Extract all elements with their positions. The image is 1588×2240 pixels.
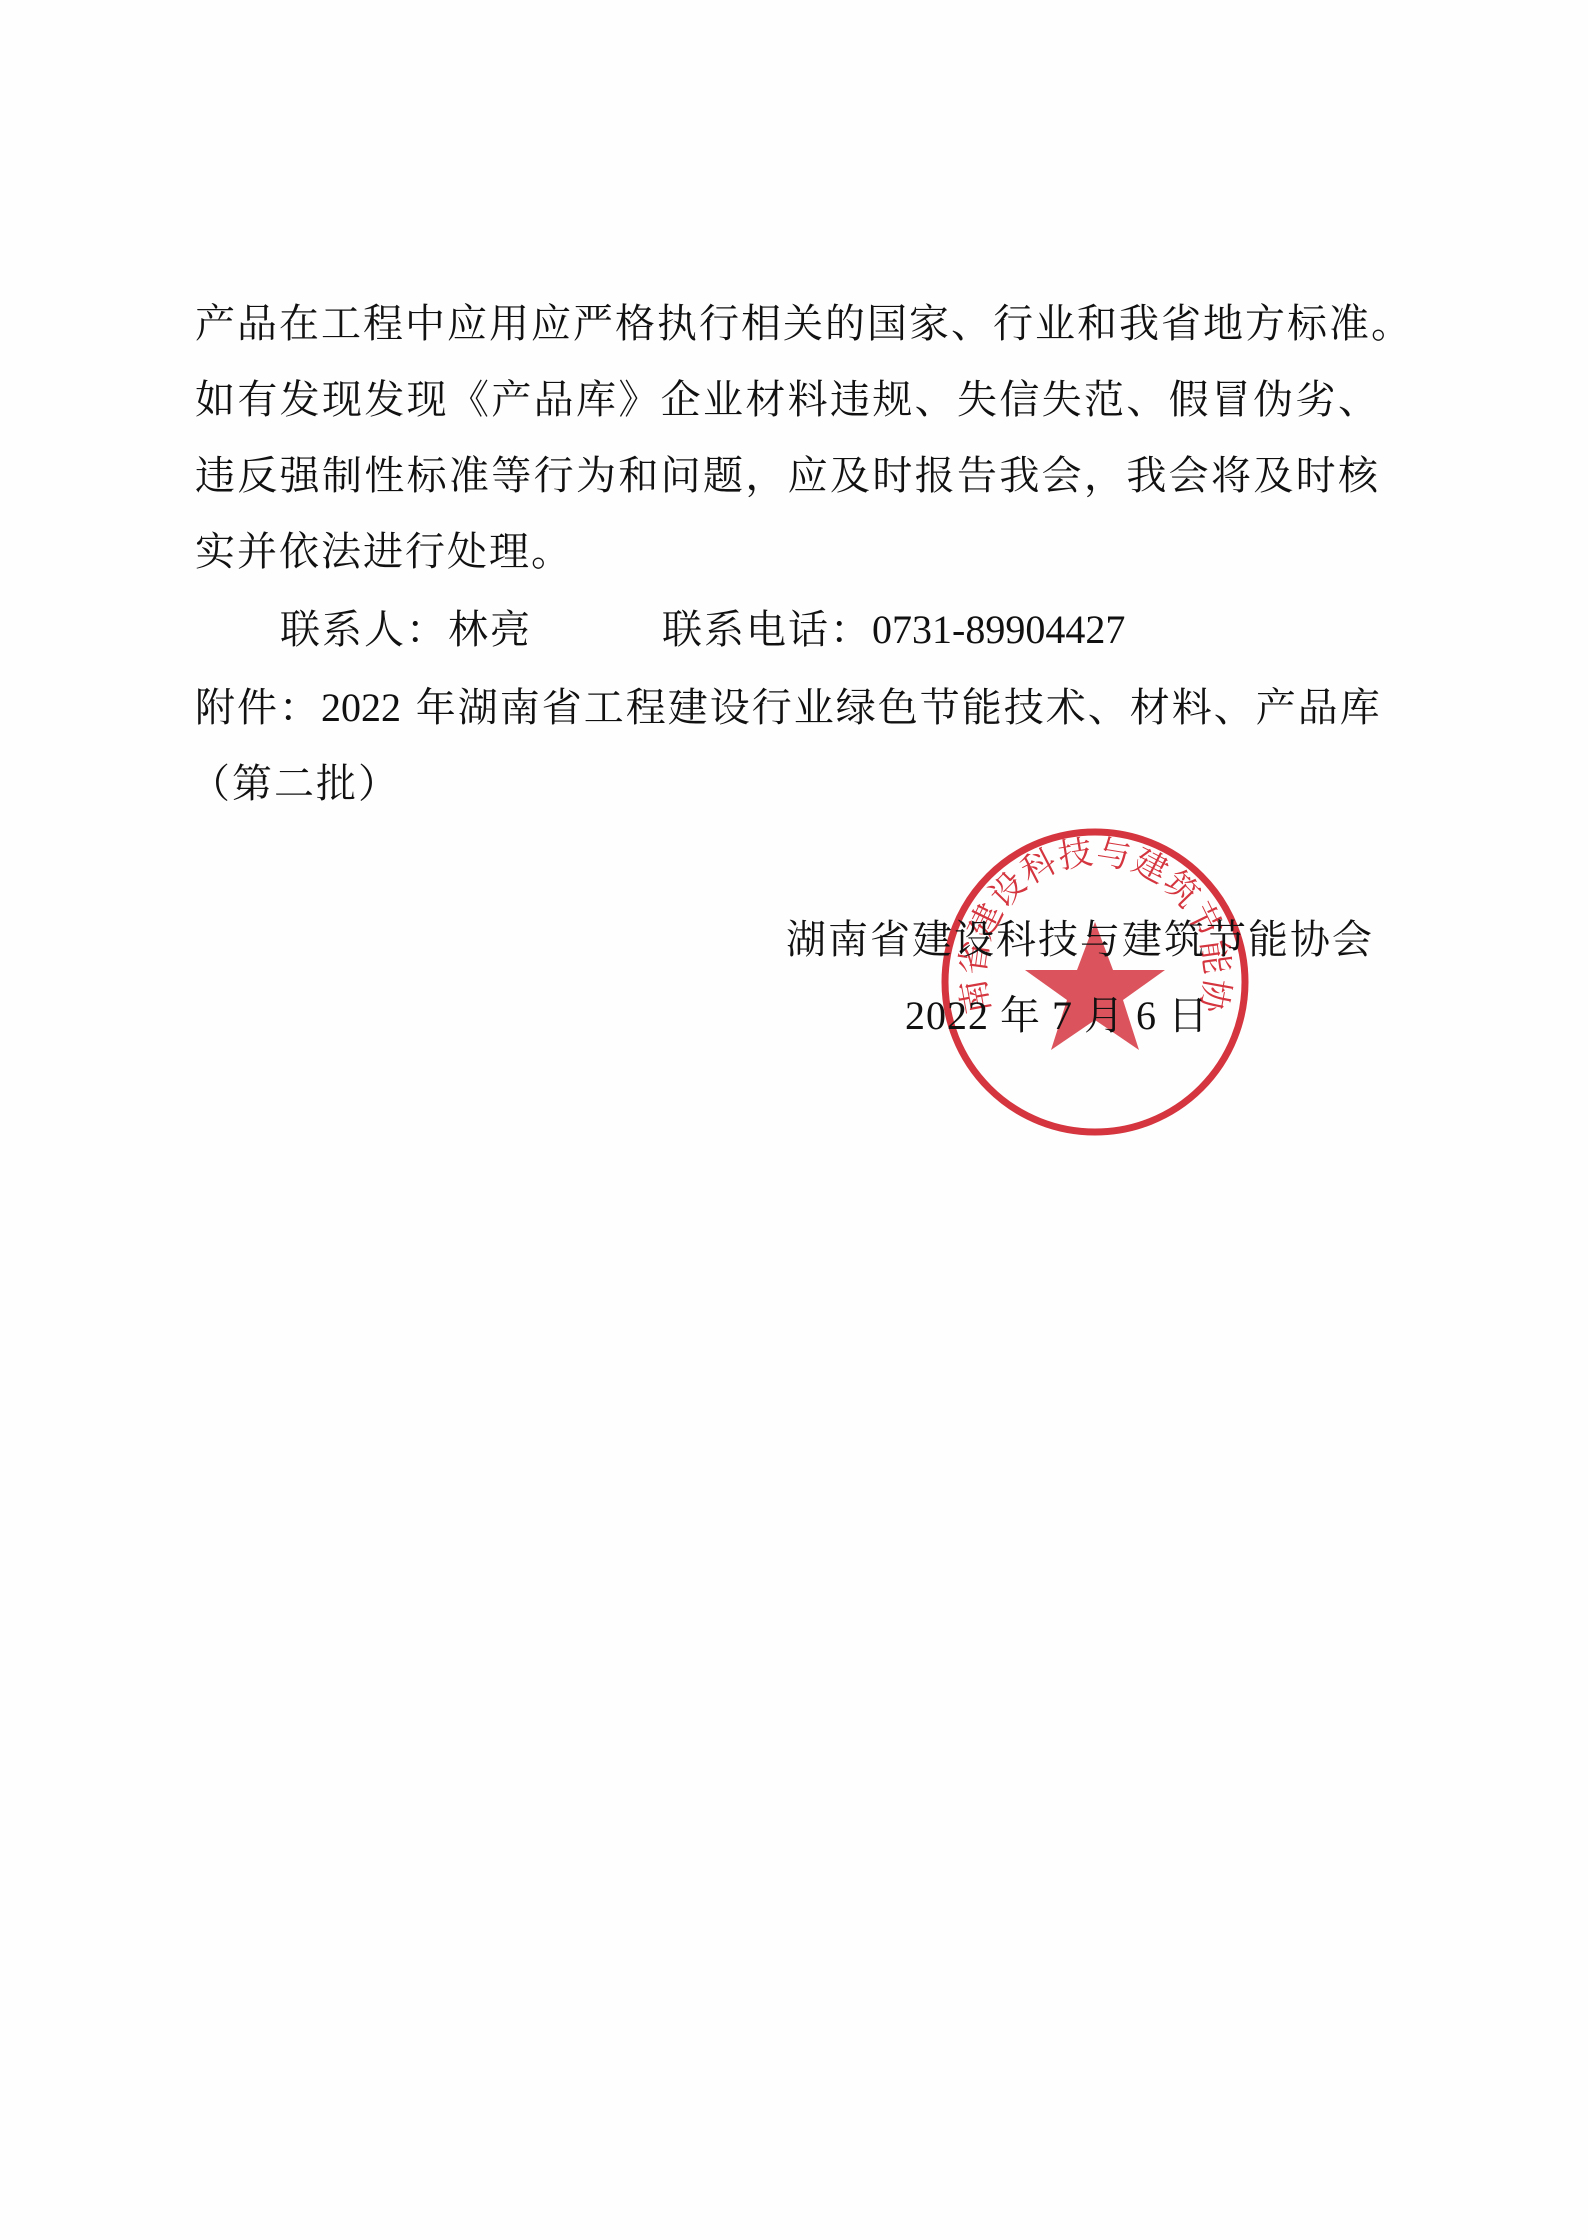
body-line-4: 实并依法进行处理。 (195, 528, 573, 576)
contact-phone-label: 联系电话： (662, 607, 872, 653)
attachment-label: 附件： (195, 685, 321, 731)
attachment-year: 2022 (321, 685, 401, 730)
signature-date: 2022 年 7 月 6 日 (905, 992, 1209, 1040)
contact-person-label: 联系人： (280, 607, 448, 653)
attachment-line-1: 附件：2022 年湖南省工程建设行业绿色节能技术、材料、产品库 (195, 684, 1382, 732)
contact-line: 联系人：林亮联系电话：0731-89904427 (280, 606, 1125, 654)
official-seal: 湖南省建设科技与建筑节能协会 (935, 822, 1255, 1142)
body-line-3: 违反强制性标准等行为和问题，应及时报告我会，我会将及时核 (195, 452, 1380, 500)
body-line-1: 产品在工程中应用应严格执行相关的国家、行业和我省地方标准。 (195, 300, 1380, 348)
signature-organization: 湖南省建设科技与建筑节能协会 (786, 916, 1374, 964)
document-page: 产品在工程中应用应严格执行相关的国家、行业和我省地方标准。 如有发现发现《产品库… (0, 0, 1588, 2240)
contact-person-name: 林亮 (448, 607, 532, 653)
attachment-title[interactable]: 年湖南省工程建设行业绿色节能技术、材料、产品库 (416, 685, 1382, 731)
contact-phone-number: 0731-89904427 (872, 607, 1125, 652)
attachment-line-2: （第二批） (190, 760, 400, 808)
body-line-2: 如有发现发现《产品库》企业材料违规、失信失范、假冒伪劣、 (195, 376, 1380, 424)
